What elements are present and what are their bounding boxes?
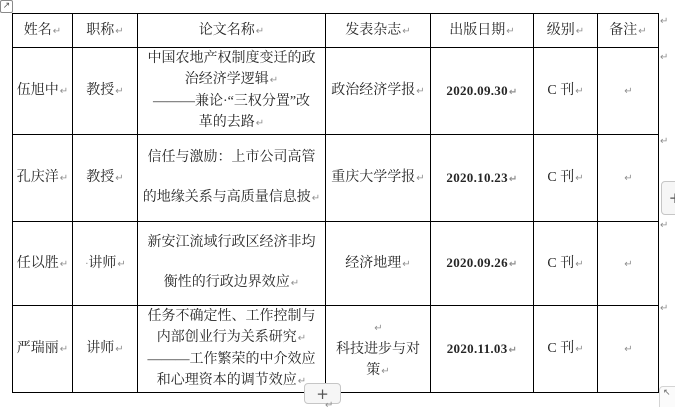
cell-name[interactable]: 严瑞丽↵ xyxy=(13,306,73,393)
add-row-button[interactable]: + xyxy=(304,383,341,404)
end-of-row-mark: ↵ xyxy=(660,52,668,63)
header-name[interactable]: 姓名↵ xyxy=(13,14,73,48)
cell-name[interactable]: 孔庆洋↵ xyxy=(13,135,73,222)
cell-date[interactable]: 2020.09.26↵ xyxy=(431,222,534,306)
end-of-row-mark: ↵ xyxy=(660,220,668,231)
document-page: ↗ 姓名↵ 职称↵ 论文名称↵ 发表杂志↵ 出版日期↵ 级别↵ 备注↵ 伍旭中↵… xyxy=(0,0,675,407)
cell-note[interactable]: ↵ xyxy=(598,222,659,306)
header-date[interactable]: 出版日期↵ xyxy=(431,14,534,48)
header-level[interactable]: 级别↵ xyxy=(534,14,598,48)
header-journal[interactable]: 发表杂志↵ xyxy=(326,14,431,48)
cell-journal[interactable]: 经济地理↵ xyxy=(326,222,431,306)
cell-paper[interactable]: 信任与激励：上市公司高管的地缘关系与高质量信息披↵ xyxy=(138,135,326,222)
header-paper[interactable]: 论文名称↵ xyxy=(138,14,326,48)
table-row: 伍旭中↵ 教授↵ 中国农地产权制度变迁的政治经济学逻辑↵———兼论·“三权分置”… xyxy=(13,48,659,135)
table-row: 任以胜↵ ·讲师↵ 新安江流域行政区经济非均衡性的行政边界效应↵ 经济地理↵ 2… xyxy=(13,222,659,306)
cell-paper[interactable]: 任务不确定性、工作控制与内部创业行为关系研究↵———工作繁荣的中介效应和心理资本… xyxy=(138,306,326,393)
cell-journal[interactable]: 政治经济学报↵ xyxy=(326,48,431,135)
cell-note[interactable]: ↵ xyxy=(598,306,659,393)
cell-level[interactable]: C 刊↵ xyxy=(534,222,598,306)
cell-paper[interactable]: 中国农地产权制度变迁的政治经济学逻辑↵———兼论·“三权分置”改革的去路↵ xyxy=(138,48,326,135)
end-of-row-mark: ↵ xyxy=(660,303,668,314)
add-column-button[interactable]: + xyxy=(661,181,675,215)
cell-level[interactable]: C 刊↵ xyxy=(534,48,598,135)
cell-date[interactable]: 2020.11.03↵ xyxy=(431,306,534,393)
cell-title[interactable]: 教授↵ xyxy=(73,135,138,222)
papers-table: 姓名↵ 职称↵ 论文名称↵ 发表杂志↵ 出版日期↵ 级别↵ 备注↵ 伍旭中↵ 教… xyxy=(12,13,659,393)
cell-level[interactable]: C 刊↵ xyxy=(534,306,598,393)
cell-title[interactable]: 教授↵ xyxy=(73,48,138,135)
cell-title[interactable]: 讲师↵ xyxy=(73,306,138,393)
end-of-row-mark: ↵ xyxy=(660,16,668,27)
table-row: 严瑞丽↵ 讲师↵ 任务不确定性、工作控制与内部创业行为关系研究↵———工作繁荣的… xyxy=(13,306,659,393)
cell-journal[interactable]: 重庆大学学报↵ xyxy=(326,135,431,222)
table-header-row: 姓名↵ 职称↵ 论文名称↵ 发表杂志↵ 出版日期↵ 级别↵ 备注↵ xyxy=(13,14,659,48)
cell-note[interactable]: ↵ xyxy=(598,135,659,222)
cell-paper[interactable]: 新安江流域行政区经济非均衡性的行政边界效应↵ xyxy=(138,222,326,306)
resize-arrow-nw-icon: ↖ xyxy=(663,388,671,398)
header-title[interactable]: 职称↵ xyxy=(73,14,138,48)
cell-name[interactable]: 伍旭中↵ xyxy=(13,48,73,135)
cell-level[interactable]: C 刊↵ xyxy=(534,135,598,222)
header-note[interactable]: 备注↵ xyxy=(598,14,659,48)
cell-title[interactable]: ·讲师↵ xyxy=(73,222,138,306)
table-row: 孔庆洋↵ 教授↵ 信任与激励：上市公司高管的地缘关系与高质量信息披↵ 重庆大学学… xyxy=(13,135,659,222)
table-resize-handle[interactable]: ↖ ↘ xyxy=(659,386,675,407)
paragraph-mark: ↵ xyxy=(325,400,333,407)
end-of-row-mark: ↵ xyxy=(660,136,668,147)
cell-name[interactable]: 任以胜↵ xyxy=(13,222,73,306)
cell-date[interactable]: 2020.09.30↵ xyxy=(431,48,534,135)
cell-date[interactable]: 2020.10.23↵ xyxy=(431,135,534,222)
cell-note[interactable]: ↵ xyxy=(598,48,659,135)
table-move-handle-icon[interactable]: ↗ xyxy=(0,0,13,13)
cell-journal[interactable]: ↵科技进步与对策↵ xyxy=(326,306,431,393)
